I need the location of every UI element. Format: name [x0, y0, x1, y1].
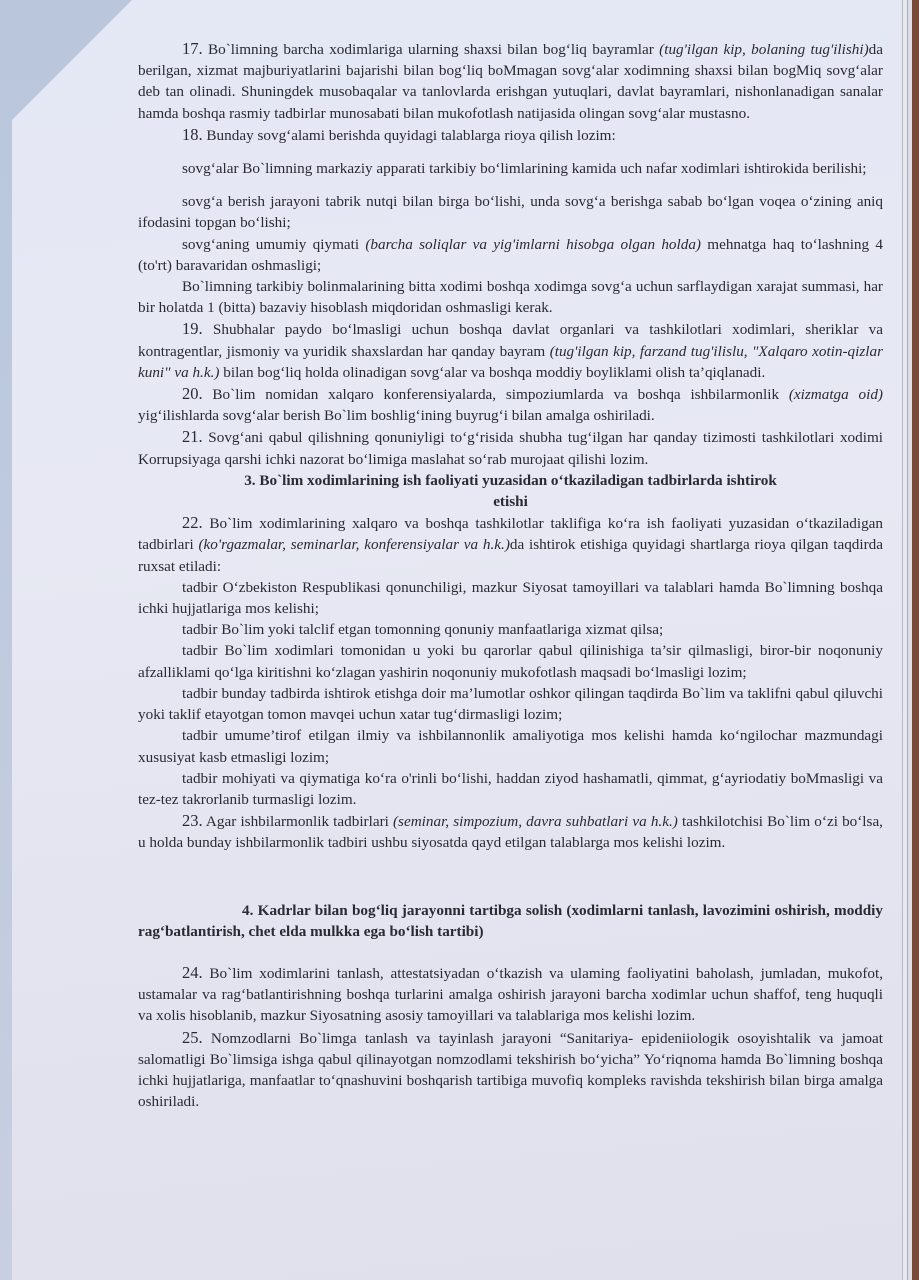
paragraph-p22: 22. Bo`lim xodimlarining xalqaro va bosh…: [138, 512, 883, 577]
section-3-heading: 3. Bo`lim xodimlarining ish faoliyati yu…: [138, 470, 883, 512]
paragraph-p23: 23. Agar ishbilarmonlik tadbirlari (semi…: [138, 810, 883, 853]
table-surface: [912, 0, 919, 1280]
paragraph-text: bilan bog‘liq holda olinadigan sovg‘alar…: [219, 364, 765, 381]
italic-text: (barcha soliqlar va yig'imlarni hisobga …: [365, 236, 701, 253]
paragraph-number: 22.: [182, 513, 203, 532]
paragraph-number: 23.: [182, 811, 203, 830]
paragraph-p19: 19. Shubhalar paydo bo‘lmasligi uchun bo…: [138, 318, 883, 383]
paragraph-text: tadbir O‘zbekiston Respublikasi qonunchi…: [138, 579, 883, 617]
paragraph-number: 24.: [182, 963, 203, 982]
italic-text: (xizmatga oid): [789, 386, 883, 403]
paragraph-p24: 24. Bo`lim xodimlarini tanlash, attestat…: [138, 962, 883, 1027]
paragraph-number: 18.: [182, 125, 203, 144]
section-4-heading: 4. Kadrlar bilan bog‘liq jarayonni tarti…: [138, 900, 883, 942]
events-participation-section: 22. Bo`lim xodimlarining xalqaro va bosh…: [138, 512, 883, 853]
italic-text: (seminar, simpozium, davra suhbatlari va…: [393, 813, 678, 830]
paragraph-text: tadbir Bo`lim xodimlari tomonidan u yoki…: [138, 642, 883, 680]
paragraph-text: sovg‘aning umumiy qiymati: [182, 236, 365, 253]
paragraph-text: Bo`limning tarkibiy bolinmalarining bitt…: [138, 278, 883, 316]
personnel-section: 24. Bo`lim xodimlarini tanlash, attestat…: [138, 962, 883, 1112]
paragraph-p20: 20. Bo`lim nomidan xalqaro konferensiyal…: [138, 383, 883, 426]
italic-text: (ko'rgazmalar, seminarlar, konferensiyal…: [198, 536, 509, 553]
paragraph-p18b: sovg‘a berish jarayoni tabrik nutqi bila…: [138, 191, 883, 233]
paragraph-text: Bo`limning barcha xodimlariga ularning s…: [203, 41, 660, 58]
paragraph-p18: 18. Bunday sovg‘alami berishda quyidagi …: [138, 124, 883, 146]
paragraph-text: Bunday sovg‘alami berishda quyidagi tala…: [203, 127, 616, 144]
paragraph-text: Nomzodlarni Bo`limga tanlash va tayinlas…: [138, 1030, 883, 1111]
paragraph-p25: 25. Nomzodlarni Bo`limga tanlash va tayi…: [138, 1027, 883, 1113]
paragraph-number: 20.: [182, 384, 203, 403]
paragraph-text: sovg‘alar Bo`limning markaziy apparati t…: [182, 160, 867, 177]
paragraph-text: tadbir umume’tirof etilgan ilmiy va ishb…: [138, 727, 883, 765]
paragraph-text: tadbir mohiyati va qiymatiga ko‘ra o'rin…: [138, 770, 883, 808]
paragraph-p21: 21. Sovg‘ani qabul qilishning qonuniylig…: [138, 426, 883, 469]
paragraph-p22e: tadbir umume’tirof etilgan ilmiy va ishb…: [138, 725, 883, 767]
paragraph-text: Agar ishbilarmonlik tadbirlari: [203, 813, 393, 830]
paragraph-p22b: tadbir Bo`lim yoki talclif etgan tomonni…: [138, 619, 883, 640]
paragraph-p17: 17. Bo`limning barcha xodimlariga ularni…: [138, 38, 883, 124]
gift-rules-section: 17. Bo`limning barcha xodimlariga ularni…: [138, 38, 883, 470]
paragraph-p18c: sovg‘aning umumiy qiymati (barcha soliql…: [138, 234, 883, 276]
paragraph-text: tadbir bunday tadbirda ishtirok etishga …: [138, 685, 883, 723]
paragraph-number: 17.: [182, 39, 203, 58]
paragraph-text: Bo`lim xodimlarini tanlash, attestatsiya…: [138, 965, 883, 1024]
paragraph-text: yig‘ilishlarda sovg‘alar berish Bo`lim b…: [138, 407, 655, 424]
document-body: 17. Bo`limning barcha xodimlariga ularni…: [138, 38, 883, 1112]
italic-text: (tug'ilgan kip, bolaning tug'ilishi): [659, 41, 868, 58]
paragraph-p22c: tadbir Bo`lim xodimlari tomonidan u yoki…: [138, 640, 883, 682]
paragraph-p22f: tadbir mohiyati va qiymatiga ko‘ra o'rin…: [138, 768, 883, 810]
paragraph-p22a: tadbir O‘zbekiston Respublikasi qonunchi…: [138, 577, 883, 619]
paragraph-text: tadbir Bo`lim yoki talclif etgan tomonni…: [182, 621, 663, 638]
paragraph-number: 25.: [182, 1028, 203, 1047]
paragraph-p18a: sovg‘alar Bo`limning markaziy apparati t…: [138, 158, 883, 179]
paragraph-text: Sovg‘ani qabul qilishning qonuniyligi to…: [138, 429, 883, 467]
paragraph-p18d: Bo`limning tarkibiy bolinmalarining bitt…: [138, 276, 883, 318]
paragraph-p22d: tadbir bunday tadbirda ishtirok etishga …: [138, 683, 883, 725]
paragraph-text: Bo`lim nomidan xalqaro konferensiyalarda…: [203, 386, 789, 403]
paragraph-number: 21.: [182, 427, 203, 446]
paragraph-text: sovg‘a berish jarayoni tabrik nutqi bila…: [138, 193, 883, 231]
paragraph-number: 19.: [182, 319, 203, 338]
